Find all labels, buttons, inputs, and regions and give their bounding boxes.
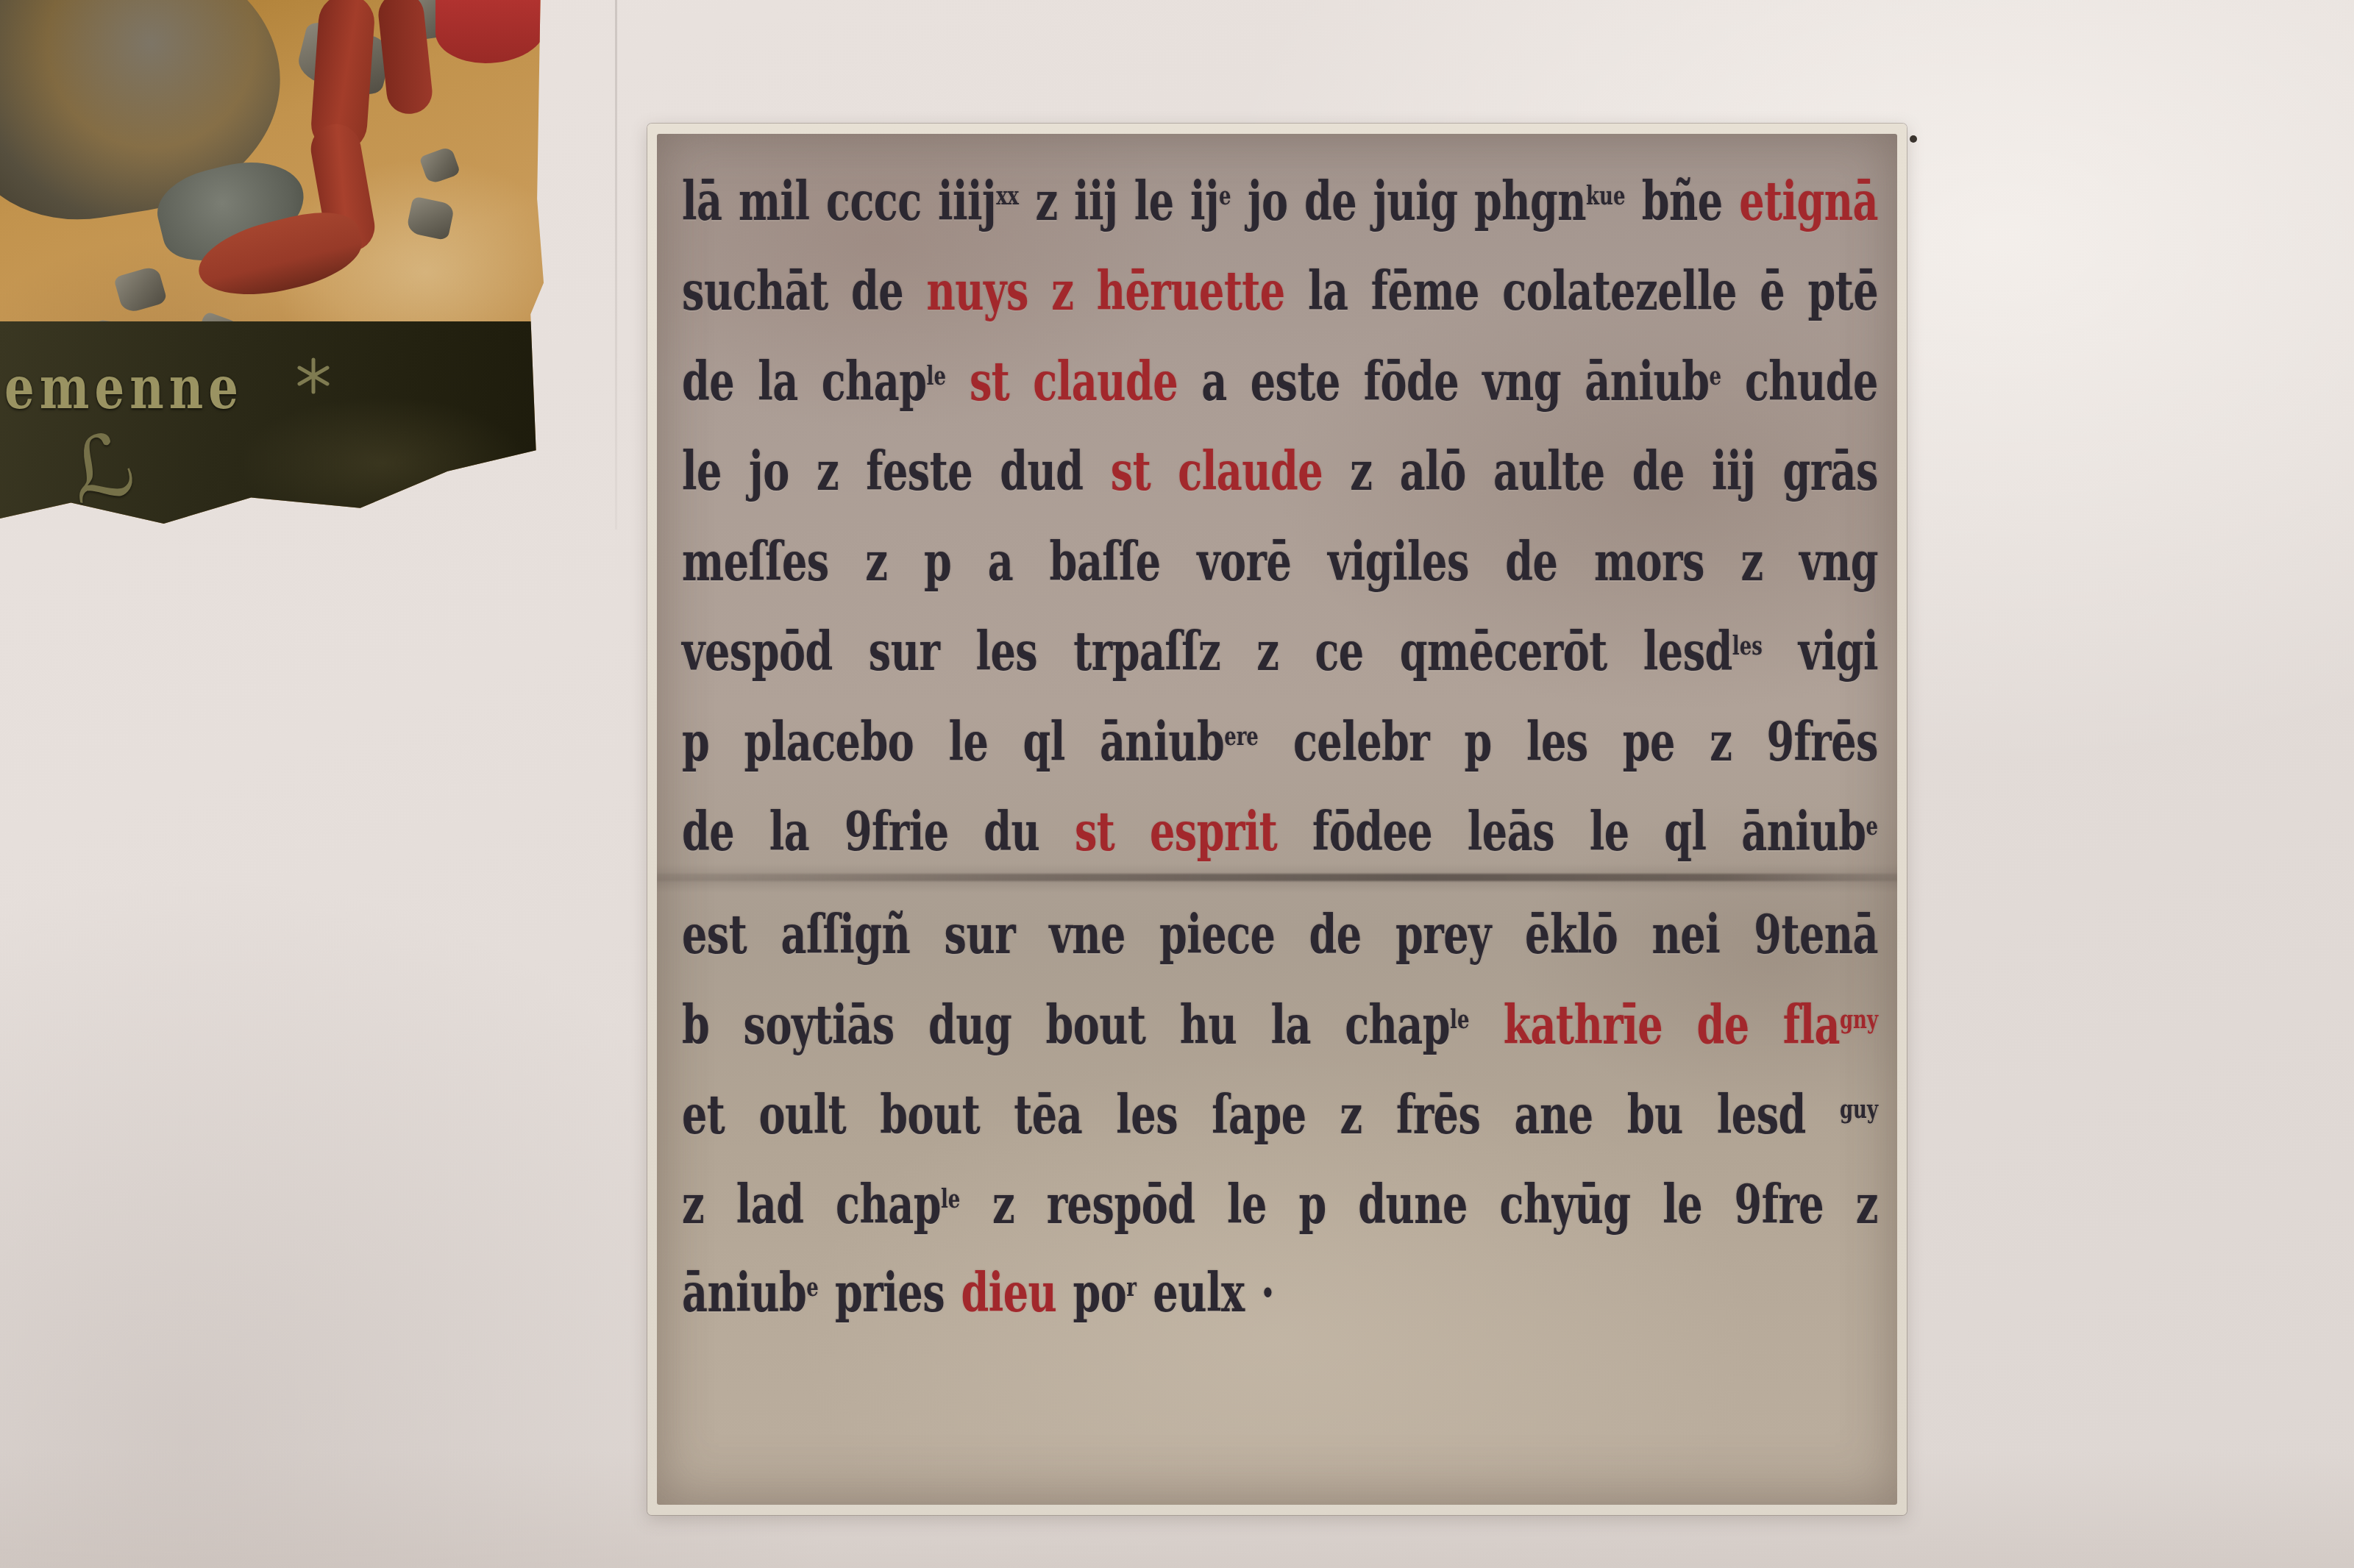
rubric-text-segment: st claude [1111, 440, 1323, 503]
rubric-text-segment: etignā [1739, 170, 1878, 233]
ink-text-segment: z respōd le p dune chyūg le 9fre z [960, 1173, 1878, 1236]
fresco-fragment: emenne ℒ [0, 0, 546, 524]
ink-text-segment: r [1126, 1273, 1137, 1302]
ink-text-segment [946, 350, 970, 413]
red-drapery [435, 0, 546, 63]
ink-text-segment: kue [1586, 182, 1625, 211]
ink-text-segment: bñe [1625, 170, 1739, 233]
ink-text-segment: de la 9frie du [682, 800, 1075, 863]
stone [405, 196, 455, 241]
rubric-text-segment: gny [1840, 1005, 1878, 1035]
ink-text-segment: le [927, 362, 946, 391]
inscription-text: lā mil cccc iiijxx z iij le ije jo de ju… [657, 134, 1897, 1505]
ink-text-segment: celebr p les pe z 9frēs [1259, 710, 1878, 774]
ink-text-segment: e [1866, 812, 1878, 841]
rubric-text-segment: nuys z hēruette [927, 260, 1285, 323]
panel-plaster-frame: lā mil cccc iiijxx z iij le ije jo de ju… [647, 124, 1907, 1515]
fresco-caption: emenne [4, 354, 243, 423]
ink-text-segment: e [1709, 362, 1721, 391]
ink-text-segment: lā mil cccc iiij [682, 170, 996, 233]
wall-photograph: emenne ℒ lā mil cccc iiijxx z iij le ije… [0, 0, 2354, 1568]
ink-text-segment: de la chap [682, 350, 927, 413]
ink-text-segment: vespōd sur les trpaſſz z ce qmēcerōt les… [682, 620, 1732, 683]
ink-text-segment: le [941, 1185, 960, 1214]
ink-text-segment: jo de juig phgn [1231, 170, 1587, 233]
ink-text-segment: e [806, 1273, 818, 1302]
inscription-line-13: āniube pries dieu por eulx · [682, 1261, 1878, 1369]
ink-text-segment: suchāt de [682, 260, 927, 323]
ink-text-segment: guy [1840, 1095, 1878, 1125]
stone [113, 265, 168, 314]
rubric-text-segment: st esprit [1075, 800, 1277, 863]
inscription-line-8: de la 9frie du st esprit fōdee leās le q… [682, 800, 1878, 908]
ink-text-segment: la fēme colatezelle ē ptē [1285, 260, 1878, 323]
ink-text-segment: e [1219, 182, 1231, 211]
ink-text-segment: xx [996, 182, 1019, 211]
ink-text-segment [1469, 994, 1503, 1057]
ink-text-segment: a este fōde vng āniub [1178, 350, 1709, 413]
ink-text-segment: les [1732, 632, 1763, 661]
ink-text-segment: et oult bout tēa les ſape z frēs ane bu … [682, 1083, 1840, 1147]
caption-flourish: ℒ [61, 412, 143, 524]
rubric-text-segment: dieu [961, 1261, 1056, 1325]
ink-text-segment: b soytiās dug bout hu la chap [682, 994, 1450, 1057]
ink-text-segment: āniub [682, 1261, 806, 1325]
fresco-caption-band: emenne ℒ [0, 321, 546, 524]
rubric-text-segment: kathrīe de fla [1504, 994, 1840, 1057]
ink-text-segment: vigi [1763, 620, 1878, 683]
ink-text-segment: z lad chap [682, 1173, 941, 1236]
stone [419, 146, 461, 185]
ink-text-segment: chude [1721, 350, 1878, 413]
ink-text-segment: z iij le ij [1019, 170, 1219, 233]
ink-text-segment: po [1056, 1261, 1126, 1325]
ink-text-segment: le [1450, 1005, 1469, 1035]
ink-text-segment: meſſes z p a baſſe vorē vigiles de mors … [682, 530, 1878, 594]
rubric-text-segment: st claude [970, 350, 1178, 413]
ink-text-segment: ere [1224, 722, 1259, 752]
ink-text-segment: le jo z feste dud [682, 440, 1111, 503]
ink-text-segment: fōdee leās le ql āniub [1277, 800, 1866, 863]
wall-nail-hole [1910, 135, 1917, 143]
ink-text-segment: pries [819, 1261, 961, 1325]
ink-text-segment: p placebo le ql āniub [682, 710, 1224, 774]
ink-text-segment: est aſſigñ sur vne piece de prey ēklō ne… [682, 903, 1878, 966]
ink-text-segment: z alō aulte de iij grās [1323, 440, 1878, 503]
wall-plaster-seam [615, 0, 617, 530]
ink-text-segment: eulx · [1137, 1261, 1274, 1325]
star-flourish-icon [294, 357, 333, 398]
inscription-panel: lā mil cccc iiijxx z iij le ije jo de ju… [657, 134, 1897, 1505]
